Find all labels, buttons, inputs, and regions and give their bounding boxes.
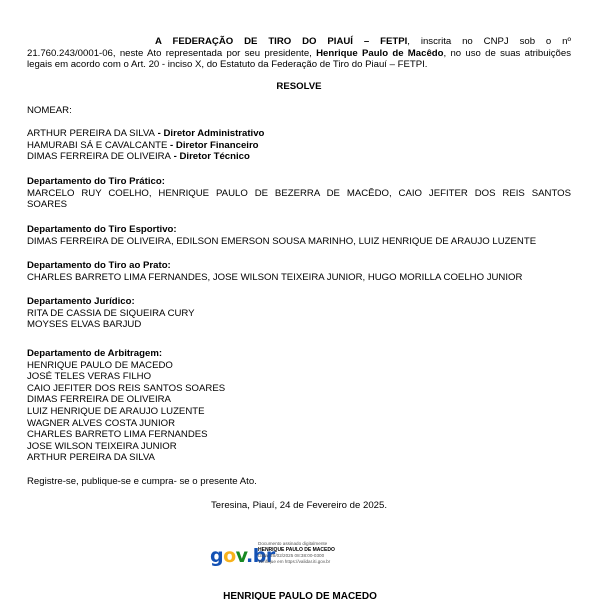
member-item: JOSE WILSON TEIXEIRA JUNIOR (27, 441, 571, 453)
organization-name: A FEDERAÇÃO DE TIRO DO PIAUÍ – FETPI (155, 36, 407, 47)
department-title: Departamento de Arbitragem: (27, 348, 162, 359)
nomear-label: NOMEAR: (27, 105, 72, 117)
stamp-verify-link[interactable]: Verifique em https://validar.iti.gov.br (258, 559, 335, 565)
president-name: Henrique Paulo de Macêdo (316, 48, 443, 59)
date-line: Teresina, Piauí, 24 de Fevereiro de 2025… (27, 500, 571, 512)
member-item: CHARLES BARRETO LIMA FERNANDES (27, 429, 571, 441)
member-item: DIMAS FERREIRA DE OLIVEIRA (27, 394, 571, 406)
department-members: CHARLES BARRETO LIMA FERNANDES, JOSE WIL… (27, 272, 571, 284)
member-item: HENRIQUE PAULO DE MACEDO (27, 360, 571, 372)
closing-statement: Registre-se, publique-se e cumpra- se o … (27, 476, 257, 488)
member-item: ARTHUR PEREIRA DA SILVA (27, 452, 571, 464)
department-tiro-esportivo: Departamento do Tiro Esportivo: DIMAS FE… (27, 224, 571, 247)
directors-list: ARTHUR PEREIRA DA SILVA - Diretor Admini… (27, 128, 571, 163)
department-title: Departamento do Tiro Esportivo: (27, 224, 177, 235)
department-members: DIMAS FERREIRA DE OLIVEIRA, EDILSON EMER… (27, 236, 571, 248)
stamp-details: Documento assinado digitalmente HENRIQUE… (258, 541, 335, 565)
department-members: MARCELO RUY COELHO, HENRIQUE PAULO DE BE… (27, 188, 571, 200)
digital-signature-stamp: gov.br Documento assinado digitalmente H… (210, 541, 410, 577)
member-item: RITA DE CASSIA DE SIQUEIRA CURY (27, 308, 571, 320)
department-title: Departamento do Tiro Prático: (27, 176, 165, 187)
intro-body: 21.760.243/0001-06, neste Ato representa… (27, 48, 571, 71)
director-item: DIMAS FERREIRA DE OLIVEIRA - Diretor Téc… (27, 151, 571, 163)
resolve-heading: RESOLVE (27, 81, 571, 93)
member-item: JOSÉ TELES VERAS FILHO (27, 371, 571, 383)
signature-name: HENRIQUE PAULO DE MACEDO (0, 591, 600, 600)
intro-first-line: A FEDERAÇÃO DE TIRO DO PIAUÍ – FETPI, in… (27, 36, 571, 48)
member-item: CAIO JEFITER DOS REIS SANTOS SOARES (27, 383, 571, 395)
director-item: HAMURABI SÁ E CAVALCANTE - Diretor Finan… (27, 140, 571, 152)
department-title: Departamento do Tiro ao Prato: (27, 260, 171, 271)
intro-paragraph: A FEDERAÇÃO DE TIRO DO PIAUÍ – FETPI, in… (27, 36, 571, 71)
member-item: MOYSES ELVAS BARJUD (27, 319, 571, 331)
department-tiro-ao-prato: Departamento do Tiro ao Prato: CHARLES B… (27, 260, 571, 283)
member-item: WAGNER ALVES COSTA JUNIOR (27, 418, 571, 430)
director-item: ARTHUR PEREIRA DA SILVA - Diretor Admini… (27, 128, 571, 140)
department-juridico: Departamento Jurídico: RITA DE CASSIA DE… (27, 296, 571, 331)
member-item: LUIZ HENRIQUE DE ARAUJO LUZENTE (27, 406, 571, 418)
department-members-cont: SOARES (27, 199, 571, 211)
department-tiro-pratico: Departamento do Tiro Prático: MARCELO RU… (27, 176, 571, 211)
department-title: Departamento Jurídico: (27, 296, 135, 307)
department-arbitragem: Departamento de Arbitragem: HENRIQUE PAU… (27, 348, 571, 464)
